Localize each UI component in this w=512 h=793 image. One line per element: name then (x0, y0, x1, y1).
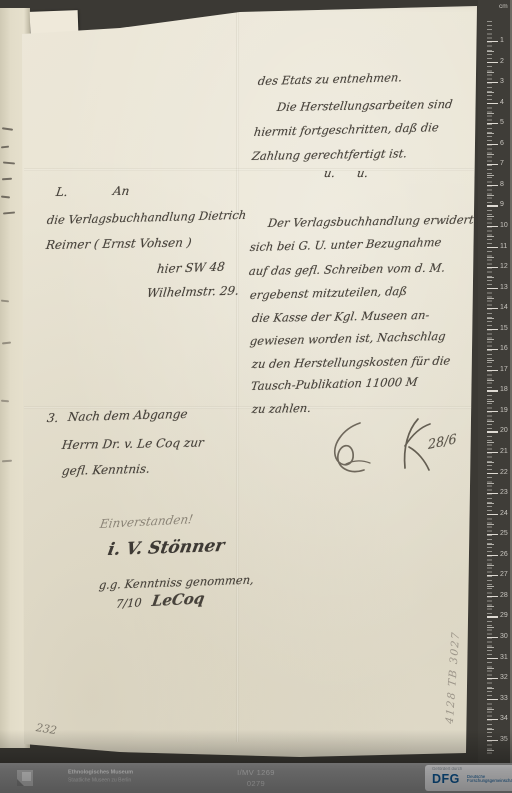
signature-lecoq: LeCoq (151, 589, 206, 610)
dfg-logo: Gefördert durch DFG Deutsche Forschungsg… (425, 765, 512, 791)
edge-handwriting-fragment (2, 341, 11, 344)
edge-handwriting-fragment (1, 146, 9, 149)
ruler-minor-ticks (487, 21, 492, 754)
ruler-cm-number: 31 (500, 654, 508, 662)
ruler-half-tick (487, 729, 494, 730)
handwritten-line: gefl. Kenntnis. (61, 462, 151, 478)
scan-viewport: des Etats zu entnehmen. Die Herstellungs… (0, 0, 512, 793)
handwritten-marker: 3. (46, 411, 59, 425)
ruler-cm-number: 19 (500, 407, 508, 415)
ruler-cm-number: 25 (500, 530, 508, 538)
ruler-cm-number: 18 (500, 386, 508, 394)
ruler-cm-number: 1 (500, 37, 504, 45)
fold-crease-vertical (236, 10, 239, 742)
edge-handwriting-fragment (3, 161, 15, 164)
handwritten-mark: u. (323, 166, 336, 180)
dfg-name-line2: Forschungsgemeinschaft (467, 779, 512, 783)
ruler-cm-tick (487, 431, 498, 432)
ruler-cm-tick (487, 164, 498, 165)
handwritten-line: Der Verlagsbuchhandlung erwidert (267, 212, 474, 230)
ruler-cm-number: 21 (500, 448, 508, 456)
ruler-half-tick (487, 92, 494, 93)
ruler-half-tick (487, 750, 494, 751)
ruler-cm-number: 35 (500, 736, 508, 744)
ruler-half-tick (487, 360, 494, 361)
ruler-half-tick (487, 586, 494, 587)
ruler-cm-number: 2 (500, 58, 504, 66)
ruler-cm-number: 32 (500, 674, 508, 682)
ruler-cm-tick (487, 185, 498, 186)
ruler-half-tick (487, 647, 494, 648)
handwritten-line: Nach dem Abgange (67, 407, 188, 424)
vertical-archive-note: 4128 TB 3027 (444, 573, 466, 725)
edge-handwriting-fragment (3, 211, 15, 214)
ruler-cm-tick (487, 370, 498, 371)
edge-handwriting-fragment (1, 400, 9, 403)
handwritten-line: zu zahlen. (251, 401, 312, 416)
handwritten-mark: u. (356, 166, 369, 180)
shelfmark-block: I/MV 1269 0279 (156, 767, 356, 789)
ruler-cm-tick (487, 390, 498, 391)
ruler-cm-number: 11 (500, 243, 507, 251)
ruler-cm-number: 7 (500, 160, 504, 168)
ruler-half-tick (487, 257, 494, 258)
ruler-cm-tick (487, 452, 498, 453)
edge-handwriting-fragment (2, 178, 12, 181)
handwritten-line: An (112, 184, 130, 198)
ruler-cm-number: 16 (500, 345, 508, 353)
fold-crease-horizontal (24, 168, 474, 171)
edge-handwriting-fragment (1, 195, 10, 198)
handwritten-line: die Kasse der Kgl. Museen an- (251, 308, 430, 325)
ruler-cm-tick (487, 534, 498, 535)
ruler-cm-number: 23 (500, 489, 508, 497)
ruler-cm-number: 20 (500, 427, 508, 435)
institution-parent: Staatliche Museen zu Berlin (68, 777, 131, 784)
dfg-full-name: Deutsche Forschungsgemeinschaft (467, 775, 512, 784)
ruler-half-tick (487, 627, 494, 628)
handwritten-line: sich bei G. U. unter Bezugnahme (249, 235, 442, 254)
handwritten-line: Reimer ( Ernst Vohsen ) (45, 235, 192, 252)
ruler-cm-number: 33 (500, 695, 508, 703)
ruler-cm-tick (487, 226, 498, 227)
ruler-cm-tick (487, 719, 498, 720)
approval-statement: Einverstanden! (99, 512, 194, 531)
handwritten-line: Tausch-Publikation 11000 M (250, 375, 418, 393)
handwritten-line: auf das gefl. Schreiben vom d. M. (248, 261, 446, 278)
ruler-cm-number: 26 (500, 551, 508, 559)
ruler-cm-tick (487, 144, 498, 145)
ruler-cm-tick (487, 41, 498, 42)
ruler-cm-tick (487, 288, 498, 289)
ruler-cm-number: 10 (500, 222, 508, 230)
ruler-cm-number: 30 (500, 633, 508, 641)
ruler-cm-tick (487, 329, 498, 330)
ruler-half-tick (487, 442, 494, 443)
ruler-cm-tick (487, 308, 498, 309)
ruler-cm-tick (487, 473, 498, 474)
institution-block: Ethnologisches Museum Staatliche Museen … (68, 769, 142, 785)
ruler-half-tick (487, 195, 494, 196)
dfg-acronym: DFG (432, 772, 460, 786)
ruler-cm-tick (487, 349, 498, 350)
ruler-cm-tick (487, 658, 498, 659)
ruler-cm-tick (487, 637, 498, 638)
ruler-cm-number: 9 (500, 201, 504, 209)
ruler-cm-number: 14 (500, 304, 508, 312)
ruler-cm-tick (487, 103, 498, 104)
ruler-half-tick (487, 668, 494, 669)
ruler-cm-tick (487, 555, 498, 556)
handwritten-line: des Etats zu entnehmen. (257, 70, 403, 88)
smb-museum-logo-icon (17, 770, 33, 786)
handwritten-line: hier SW 48 (156, 260, 225, 276)
cm-ruler: cm 1234567891011121314151617181920212223… (478, 0, 512, 763)
handwritten-line: hiermit fortgeschritten, daß die (253, 120, 439, 139)
ruler-cm-tick (487, 82, 498, 83)
paper-edge-tab (30, 10, 79, 34)
ruler-cm-number: 15 (500, 325, 508, 333)
handwritten-line: gewiesen worden ist, Nachschlag (249, 329, 446, 348)
ruler-cm-number: 13 (500, 284, 508, 292)
ruler-half-tick (487, 133, 494, 134)
ruler-cm-tick (487, 411, 498, 412)
ruler-half-tick (487, 339, 494, 340)
handwritten-line: Die Herstellungsarbeiten sind (276, 97, 453, 114)
ruler-half-tick (487, 298, 494, 299)
ruler-half-tick (487, 524, 494, 525)
ruler-half-tick (487, 503, 494, 504)
handwritten-line: g.g. Kenntniss genommen, (98, 573, 254, 592)
ruler-cm-number: 6 (500, 140, 504, 148)
handwritten-line: Herrn Dr. v. Le Coq zur (61, 436, 205, 453)
handwritten-label: L. (55, 185, 69, 199)
ruler-cm-tick (487, 514, 498, 515)
signature-stoenner: i. V. Stönner (106, 536, 226, 560)
edge-handwriting-fragment (2, 460, 12, 463)
ruler-half-tick (487, 709, 494, 710)
ruler-cm-tick (487, 205, 498, 206)
ruler-half-tick (487, 277, 494, 278)
ruler-half-tick (487, 401, 494, 402)
ruler-cm-tick (487, 493, 498, 494)
ruler-half-tick (487, 462, 494, 463)
ruler-cm-number: 34 (500, 715, 508, 723)
letter-page: des Etats zu entnehmen. Die Herstellungs… (0, 0, 512, 793)
ruler-half-tick (487, 51, 494, 52)
note-date: 7/10 (116, 595, 143, 611)
ruler-unit-label: cm (499, 3, 508, 10)
edge-handwriting-fragment (1, 300, 9, 303)
handwritten-line: die Verlagsbuchhandlung Dietrich (46, 208, 247, 227)
ruler-half-tick (487, 483, 494, 484)
ruler-half-tick (487, 72, 494, 73)
ruler-cm-number: 29 (500, 612, 508, 620)
ruler-half-tick (487, 318, 494, 319)
ruler-half-tick (487, 175, 494, 176)
ruler-cm-tick (487, 247, 498, 248)
ruler-half-tick (487, 113, 494, 114)
ruler-cm-tick (487, 596, 498, 597)
ruler-cm-number: 17 (500, 366, 508, 374)
edge-handwriting-fragment (2, 127, 13, 131)
ruler-cm-number: 27 (500, 571, 508, 579)
ruler-half-tick (487, 154, 494, 155)
ruler-half-tick (487, 421, 494, 422)
ruler-cm-tick (487, 678, 498, 679)
ruler-cm-number: 8 (500, 181, 504, 189)
handwritten-line: ergebenst mitzuteilen, daß (249, 284, 408, 302)
handwritten-line: Wilhelmstr. 29. (146, 284, 240, 300)
ruler-cm-tick (487, 616, 498, 617)
ruler-half-tick (487, 236, 494, 237)
ruler-cm-tick (487, 575, 498, 576)
shelfmark: I/MV 1269 (156, 767, 356, 778)
ruler-cm-number: 12 (500, 263, 508, 271)
ruler-half-tick (487, 216, 494, 217)
ruler-cm-tick (487, 62, 498, 63)
ruler-half-tick (487, 565, 494, 566)
ruler-cm-tick (487, 267, 498, 268)
ruler-cm-number: 4 (500, 99, 504, 107)
ruler-cm-number: 5 (500, 119, 504, 127)
ruler-cm-tick (487, 699, 498, 700)
ruler-half-tick (487, 606, 494, 607)
handwritten-line: Zahlung gerechtfertigt ist. (251, 146, 408, 163)
ruler-half-tick (487, 544, 494, 545)
ruler-half-tick (487, 688, 494, 689)
image-number: 0279 (156, 778, 356, 789)
institution-name: Ethnologisches Museum (68, 769, 136, 776)
ruler-cm-tick (487, 123, 498, 124)
ruler-cm-number: 28 (500, 592, 508, 600)
dfg-funded-by-label: Gefördert durch (432, 767, 462, 771)
corner-page-number: 232 (35, 721, 58, 737)
ruler-half-tick (487, 380, 494, 381)
ruler-cm-tick (487, 740, 498, 741)
ruler-cm-number: 22 (500, 469, 508, 477)
handwritten-line: zu den Herstellungskosten für die (251, 354, 451, 371)
footer-bar: Ethnologisches Museum Staatliche Museen … (0, 763, 512, 793)
paraph-signature-left (322, 420, 382, 476)
ruler-cm-number: 3 (500, 78, 504, 86)
ruler-cm-number: 24 (500, 510, 508, 518)
